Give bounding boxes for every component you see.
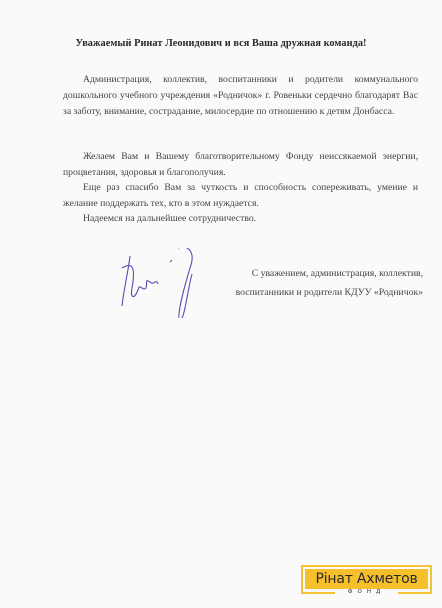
letter-page: Уважаемый Ринат Леонидович и вся Ваша др… [0,0,442,608]
paragraph-thanks-again: Еще раз спасибо Вам за чуткость и способ… [63,180,418,212]
paragraph-wishes: Желаем Вам и Вашему благотворительному Ф… [63,149,418,181]
paragraph-gratitude: Администрация, коллектив, воспитанники и… [63,72,418,119]
closing-signature-block: С уважением, администрация, коллектив, в… [218,264,423,302]
signature-icon [118,248,228,318]
greeting-heading: Уважаемый Ринат Леонидович и вся Ваша др… [0,38,442,49]
logo-subtitle: ФОНД [301,589,432,595]
paragraph-cooperation: Надеемся на дальнейшее сотрудничество. [63,211,418,227]
foundation-logo: Рінат Ахметов ФОНД [301,565,432,597]
logo-name: Рінат Ахметов [305,569,428,589]
